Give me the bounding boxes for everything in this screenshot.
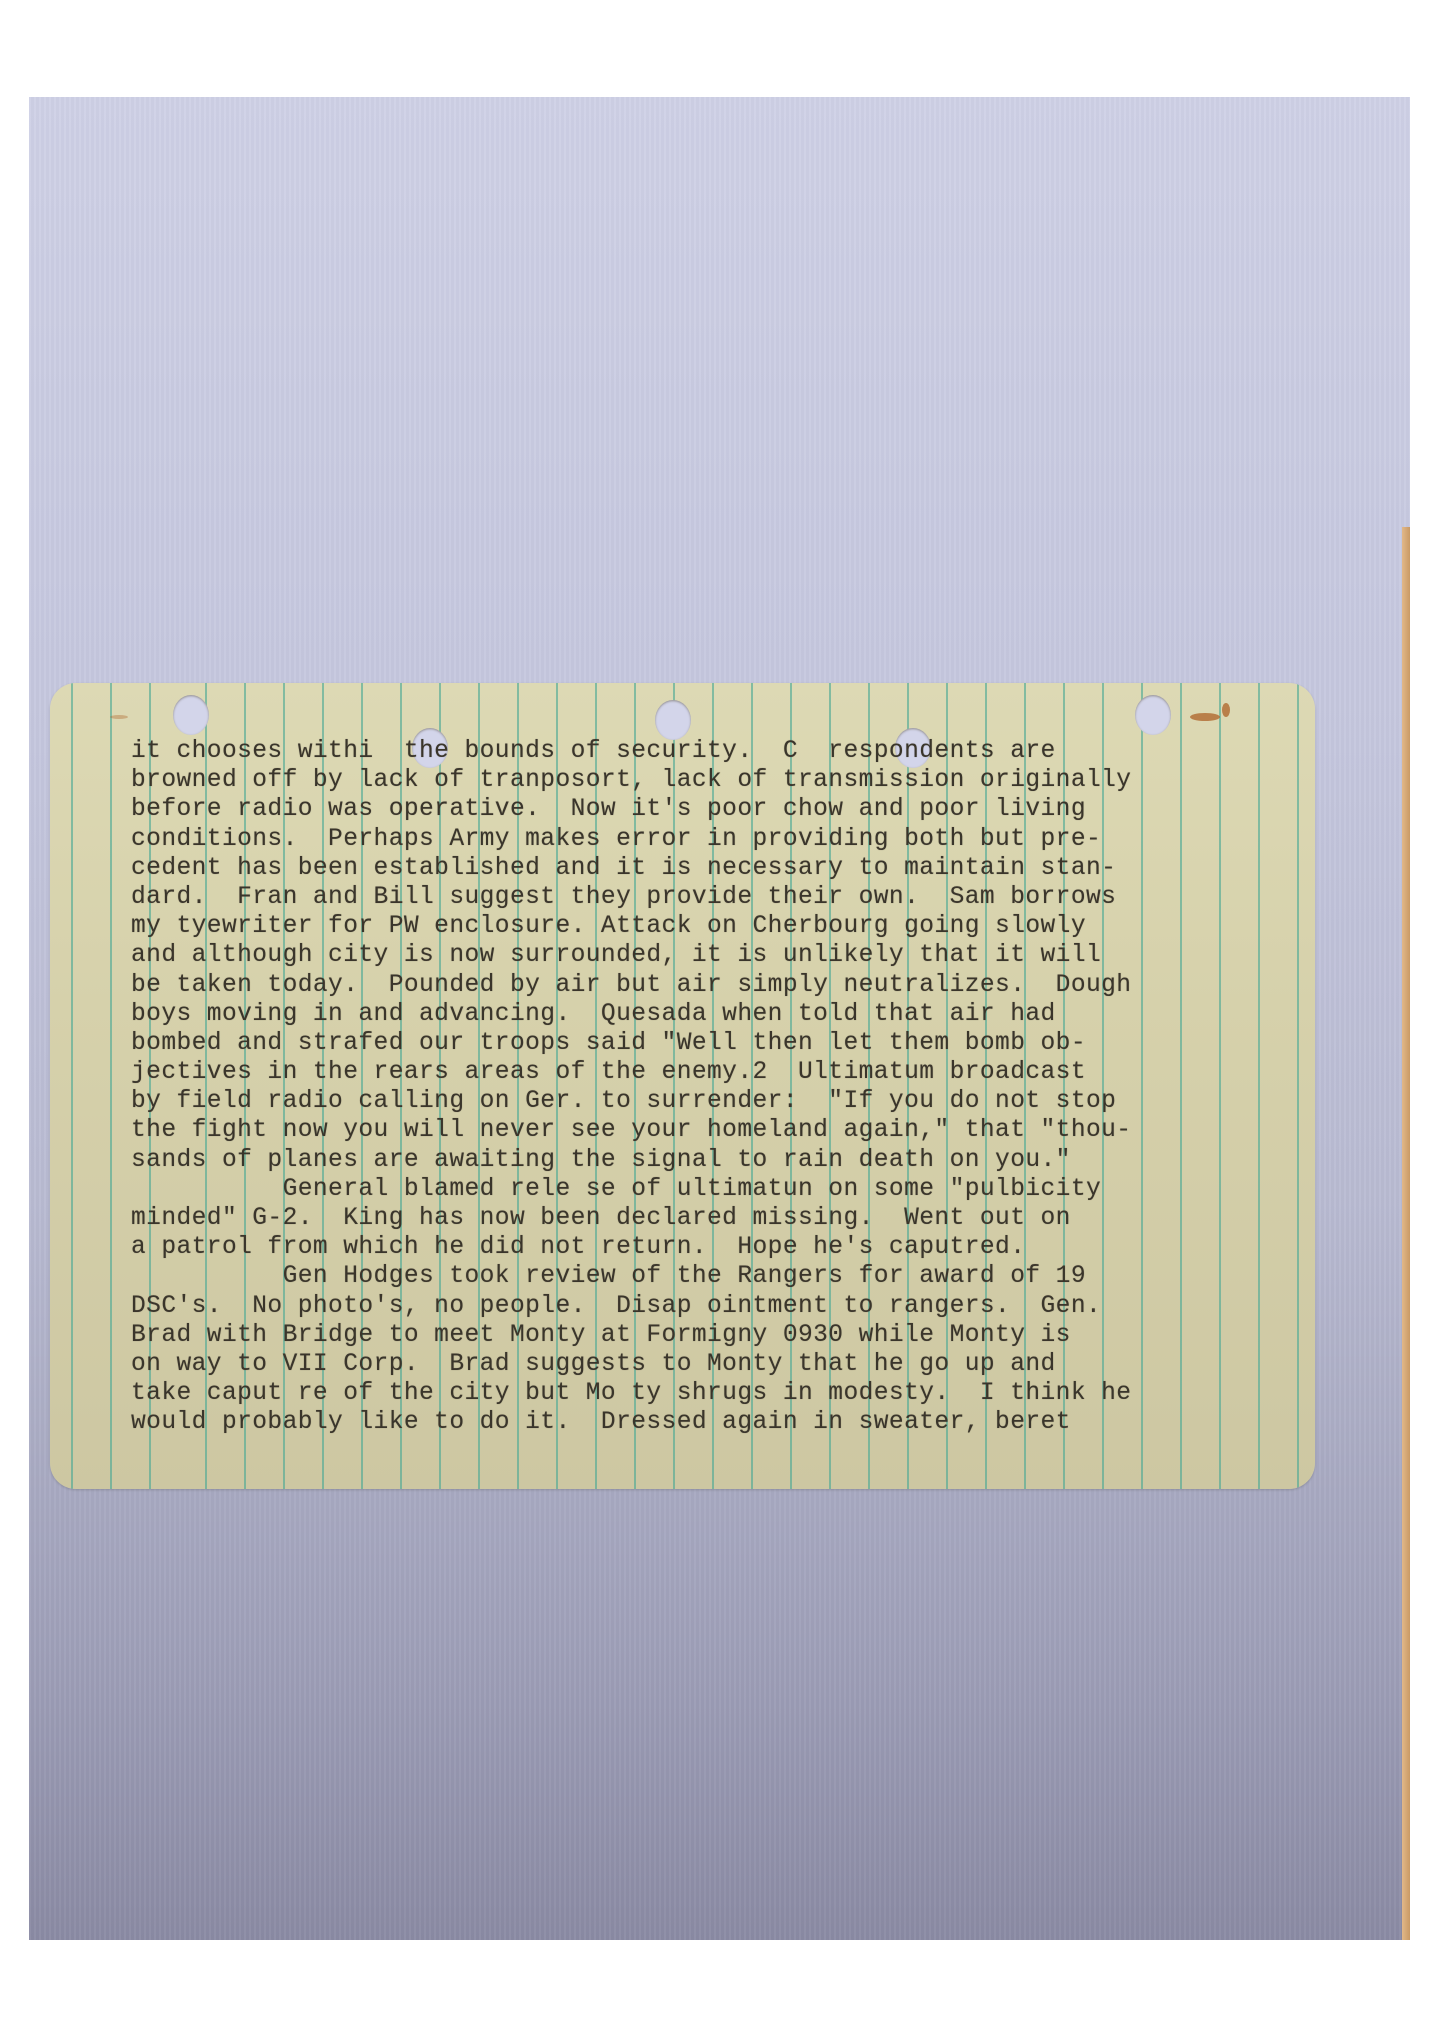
typed-line: take caput re of the city but Mo ty shru…	[131, 1379, 1331, 1408]
typed-line: boys moving in and advancing. Quesada wh…	[131, 1000, 1331, 1029]
typed-line: the fight now you will never see your ho…	[131, 1116, 1331, 1145]
punch-hole	[173, 695, 209, 735]
rust-stain	[110, 715, 128, 719]
punch-hole	[655, 700, 691, 740]
typed-line: sands of planes are awaiting the signal …	[131, 1146, 1331, 1175]
typed-line: minded" G-2. King has now been declared …	[131, 1204, 1331, 1233]
typed-line: it chooses withi the bounds of security.…	[131, 737, 1331, 766]
punch-hole	[1135, 695, 1171, 735]
typed-line: browned off by lack of tranposort, lack …	[131, 766, 1331, 795]
typed-line: would probably like to do it. Dressed ag…	[131, 1408, 1331, 1437]
backing-sheet-edge	[1402, 527, 1410, 1940]
typed-line: and although city is now surrounded, it …	[131, 941, 1331, 970]
typed-line: conditions. Perhaps Army makes error in …	[131, 825, 1331, 854]
typed-line: bombed and strafed our troops said "Well…	[131, 1029, 1331, 1058]
typed-line: Brad with Bridge to meet Monty at Formig…	[131, 1321, 1331, 1350]
typed-line: General blamed rele se of ultimatun on s…	[131, 1175, 1331, 1204]
typed-text-block: it chooses withi the bounds of security.…	[131, 737, 1331, 1438]
typed-line: before radio was operative. Now it's poo…	[131, 795, 1331, 824]
typed-line: be taken today. Pounded by air but air s…	[131, 971, 1331, 1000]
typed-line: my tyewriter for PW enclosure. Attack on…	[131, 912, 1331, 941]
typed-line: jectives in the rears areas of the enemy…	[131, 1058, 1331, 1087]
rust-stain	[1190, 713, 1220, 721]
typed-line: on way to VII Corp. Brad suggests to Mon…	[131, 1350, 1331, 1379]
typed-line: dard. Fran and Bill suggest they provide…	[131, 883, 1331, 912]
typed-line: by field radio calling on Ger. to surren…	[131, 1087, 1331, 1116]
typed-line: a patrol from which he did not return. H…	[131, 1233, 1331, 1262]
typed-line: cedent has been established and it is ne…	[131, 854, 1331, 883]
rust-stain	[1222, 703, 1230, 717]
typed-line: DSC's. No photo's, no people. Disap oint…	[131, 1292, 1331, 1321]
typed-line: Gen Hodges took review of the Rangers fo…	[131, 1262, 1331, 1291]
